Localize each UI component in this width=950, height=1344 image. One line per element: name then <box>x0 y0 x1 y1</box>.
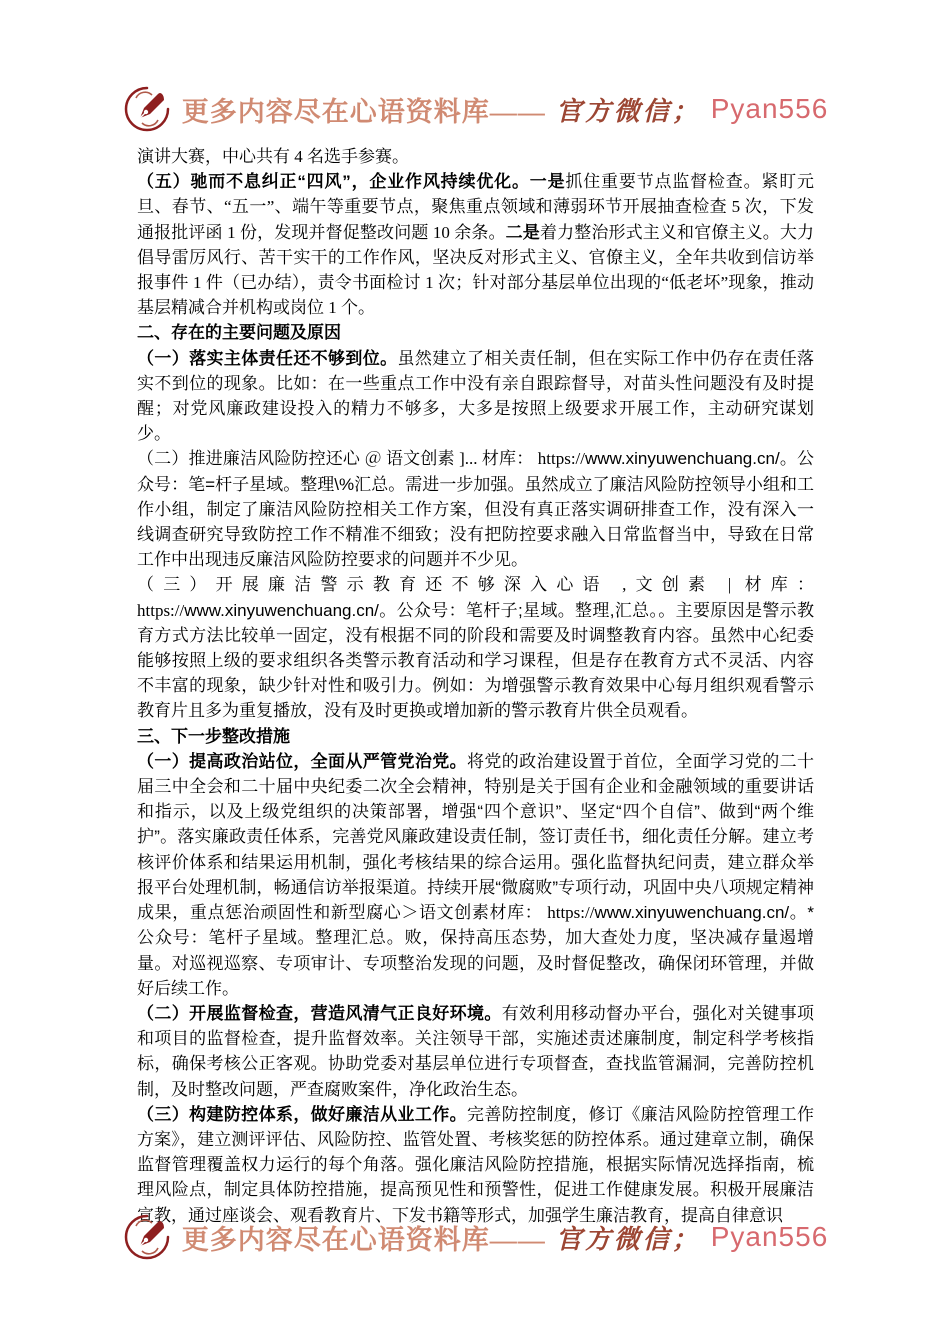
text-run: 二、存在的主要问题及原因 <box>137 323 341 342</box>
text-run: 三、下一步整改措施 <box>137 727 290 746</box>
watermark-script-text: 官方微信； <box>556 91 701 128</box>
watermark-wechat-id: Pyan556 <box>711 93 829 125</box>
text-run: （二）开展监督检查，营造风清气正良好环境。 <box>137 1004 502 1023</box>
watermark-script-text: 官方微信； <box>556 1219 701 1256</box>
para-problem-two: （二）推进廉洁风险防控还心 ＠ 语文创素 ]... 材库： https://ww… <box>137 446 814 572</box>
heading-section-three: 三、下一步整改措施 <box>137 724 814 749</box>
text-run: 二是 <box>506 223 540 242</box>
para-measure-two: （二）开展监督检查，营造风清气正良好环境。有效利用移动督办平台，强化对关键事项和… <box>137 1001 814 1102</box>
pen-swirl-logo-icon <box>122 1212 172 1262</box>
para-measure-three: （三）构建防控体系，做好廉洁从业工作。完善防控制度，修订《廉洁风险防控管理工作方… <box>137 1102 814 1228</box>
footer-watermark: 更多内容尽在心语资料库—— 官方微信； Pyan556 <box>0 1212 950 1262</box>
text-run: 一是 <box>530 172 566 191</box>
watermark-main-label: 更多内容尽在心语资料库 <box>182 1225 490 1255</box>
watermark-wechat-id: Pyan556 <box>711 1221 829 1253</box>
watermark-dash: —— <box>490 1225 546 1255</box>
pen-swirl-logo-icon <box>122 84 172 134</box>
text-run: www.xinyuwenchuang.cn/。公众号：笔杆子;星域。整理,汇总。… <box>137 601 814 721</box>
watermark-dash: —— <box>490 97 546 127</box>
watermark-main-label: 更多内容尽在心语资料库 <box>182 97 490 127</box>
watermark-main-text: 更多内容尽在心语资料库—— <box>182 1218 546 1257</box>
text-run: （三）构建防控体系，做好廉洁从业工作。 <box>137 1105 467 1124</box>
heading-section-two: 二、存在的主要问题及原因 <box>137 320 814 345</box>
text-run: （一）落实主体责任还不够到位。 <box>137 349 398 368</box>
para-problem-three: （三）开展廉洁警示教育还不够深入心语 ,文创素 | 材库： https://ww… <box>137 572 814 723</box>
document-body: 演讲大赛，中心共有 4 名选手参赛。（五）驰而不息纠正“四风”，企业作风持续优化… <box>137 144 814 1228</box>
para-point-five: （五）驰而不息纠正“四风”，企业作风持续优化。一是抓住重要节点监督检查。紧盯元旦… <box>137 169 814 320</box>
document-page: 更多内容尽在心语资料库—— 官方微信； Pyan556 演讲大赛，中心共有 4 … <box>0 0 950 1344</box>
para-intro-tail: 演讲大赛，中心共有 4 名选手参赛。 <box>137 144 814 169</box>
text-run: （二）推进廉洁风险防控还心 ＠ 语文创素 ]... 材库： https:// <box>137 449 585 468</box>
header-watermark: 更多内容尽在心语资料库—— 官方微信； Pyan556 <box>0 84 950 134</box>
text-run: 将党的政治建设置于首位，全面学习党的二十届三中全会和二十届中央纪委二次全会精神，… <box>137 752 814 897</box>
text-run: 演讲大赛，中心共有 4 名选手参赛。 <box>137 147 409 166</box>
para-measure-one: （一）提高政治站位，全面从严管党治党。将党的政治建设置于首位，全面学习党的二十届… <box>137 749 814 1001</box>
watermark-main-text: 更多内容尽在心语资料库—— <box>182 90 546 129</box>
text-run: （一）提高政治站位，全面从严管党治党。 <box>137 752 467 771</box>
para-problem-one: （一）落实主体责任还不够到位。虽然建立了相关责任制，但在实际工作中仍存在责任落实… <box>137 346 814 447</box>
text-run: （五）驰而不息纠正“四风”，企业作风持续优化。 <box>137 172 530 191</box>
